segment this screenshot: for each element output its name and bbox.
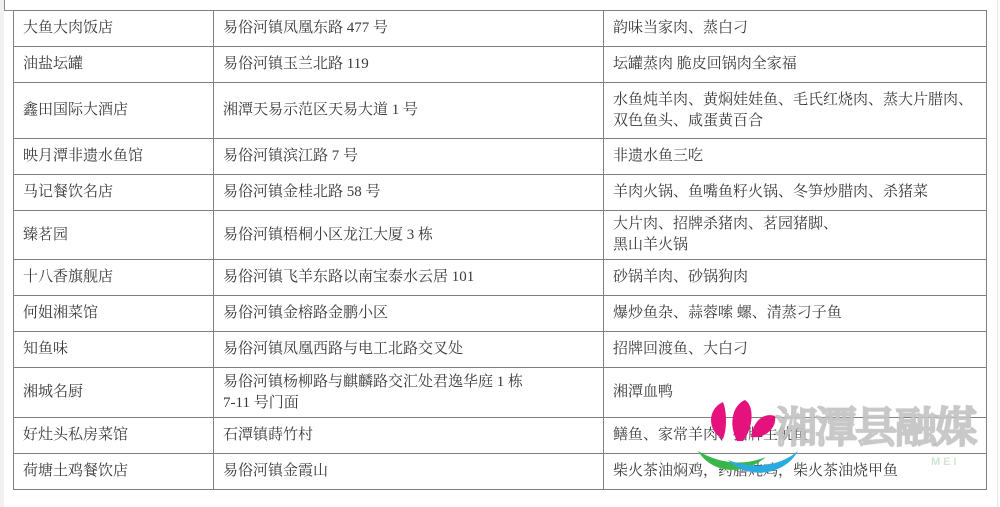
cell-restaurant-name: 何姐湘菜馆 [14,296,214,332]
cell-address: 湘潭天易示范区天易大道 1 号 [214,83,604,139]
cell-address: 易俗河镇凤凰东路 477 号 [214,11,604,47]
table-row: 鑫田国际大酒店 湘潭天易示范区天易大道 1 号 水鱼炖羊肉、黄焖娃娃鱼、毛氏红烧… [14,83,987,139]
cell-address: 易俗河镇金桂北路 58 号 [214,175,604,211]
table-row: 马记餐饮名店 易俗河镇金桂北路 58 号 羊肉火锅、鱼嘴鱼籽火锅、冬笋炒腊肉、杀… [14,175,987,211]
cell-signature-dishes: 水鱼炖羊肉、黄焖娃娃鱼、毛氏红烧肉、蒸大片腊肉、双色鱼头、咸蛋黄百合 [604,83,987,139]
cell-restaurant-name: 臻茗园 [14,211,214,260]
cell-restaurant-name: 荷塘土鸡餐饮店 [14,454,214,490]
cell-restaurant-name: 映月潭非遗水鱼馆 [14,139,214,175]
table-body: 大鱼大肉饭店 易俗河镇凤凰东路 477 号 韵味当家肉、蒸白刁 油盐坛罐 易俗河… [14,11,987,490]
page-edge-left [0,0,4,507]
table-row: 映月潭非遗水鱼馆 易俗河镇滨江路 7 号 非遗水鱼三吃 [14,139,987,175]
table-row: 油盐坛罐 易俗河镇玉兰北路 119 坛罐蒸肉 脆皮回锅肉全家福 [14,47,987,83]
cell-signature-dishes: 柴火茶油焖鸡，药膳炖鸡，柴火茶油烧甲鱼 [604,454,987,490]
cell-address: 易俗河镇金霞山 [214,454,604,490]
cell-signature-dishes: 爆炒鱼杂、蒜蓉嗦 螺、清蒸刁子鱼 [604,296,987,332]
table-row: 何姐湘菜馆 易俗河镇金榕路金鹏小区 爆炒鱼杂、蒜蓉嗦 螺、清蒸刁子鱼 [14,296,987,332]
table-row: 知鱼味 易俗河镇凤凰西路与电工北路交叉处 招牌回渡鱼、大白刁 [14,332,987,368]
cell-address: 易俗河镇金榕路金鹏小区 [214,296,604,332]
cell-restaurant-name: 鑫田国际大酒店 [14,83,214,139]
cell-signature-dishes: 羊肉火锅、鱼嘴鱼籽火锅、冬笋炒腊肉、杀猪菜 [604,175,987,211]
cell-restaurant-name: 十八香旗舰店 [14,260,214,296]
table-row: 好灶头私房菜馆 石潭镇蒔竹村 鳝鱼、家常羊肉、招牌生鱿鱼 [14,418,987,454]
page-edge-right [997,0,998,507]
table-row: 臻茗园 易俗河镇梧桐小区龙江大厦 3 栋 大片肉、招牌杀猪肉、茗园猪脚、 黑山羊… [14,211,987,260]
cell-address: 易俗河镇凤凰西路与电工北路交叉处 [214,332,604,368]
cell-restaurant-name: 知鱼味 [14,332,214,368]
cell-restaurant-name: 马记餐饮名店 [14,175,214,211]
cell-address: 易俗河镇飞羊东路以南宝泰水云居 101 [214,260,604,296]
cell-restaurant-name: 大鱼大肉饭店 [14,11,214,47]
restaurant-table: 大鱼大肉饭店 易俗河镇凤凰东路 477 号 韵味当家肉、蒸白刁 油盐坛罐 易俗河… [13,10,987,490]
cell-restaurant-name: 湘城名厨 [14,368,214,418]
cell-signature-dishes: 大片肉、招牌杀猪肉、茗园猪脚、 黑山羊火锅 [604,211,987,260]
cell-restaurant-name: 好灶头私房菜馆 [14,418,214,454]
table-row: 荷塘土鸡餐饮店 易俗河镇金霞山 柴火茶油焖鸡，药膳炖鸡，柴火茶油烧甲鱼 [14,454,987,490]
cell-signature-dishes: 非遗水鱼三吃 [604,139,987,175]
cell-address: 易俗河镇梧桐小区龙江大厦 3 栋 [214,211,604,260]
cell-restaurant-name: 油盐坛罐 [14,47,214,83]
cell-signature-dishes: 招牌回渡鱼、大白刁 [604,332,987,368]
cell-address: 易俗河镇杨柳路与麒麟路交汇处君逸华庭 1 栋 7-11 号门面 [214,368,604,418]
table-row: 湘城名厨 易俗河镇杨柳路与麒麟路交汇处君逸华庭 1 栋 7-11 号门面 湘潭血… [14,368,987,418]
cell-address: 石潭镇蒔竹村 [214,418,604,454]
cell-signature-dishes: 湘潭血鸭 [604,368,987,418]
table-row: 十八香旗舰店 易俗河镇飞羊东路以南宝泰水云居 101 砂锅羊肉、砂锅狗肉 [14,260,987,296]
cell-address: 易俗河镇玉兰北路 119 [214,47,604,83]
cell-signature-dishes: 坛罐蒸肉 脆皮回锅肉全家福 [604,47,987,83]
table-row: 大鱼大肉饭店 易俗河镇凤凰东路 477 号 韵味当家肉、蒸白刁 [14,11,987,47]
cell-signature-dishes: 鳝鱼、家常羊肉、招牌生鱿鱼 [604,418,987,454]
cell-signature-dishes: 韵味当家肉、蒸白刁 [604,11,987,47]
cell-signature-dishes: 砂锅羊肉、砂锅狗肉 [604,260,987,296]
cell-address: 易俗河镇滨江路 7 号 [214,139,604,175]
